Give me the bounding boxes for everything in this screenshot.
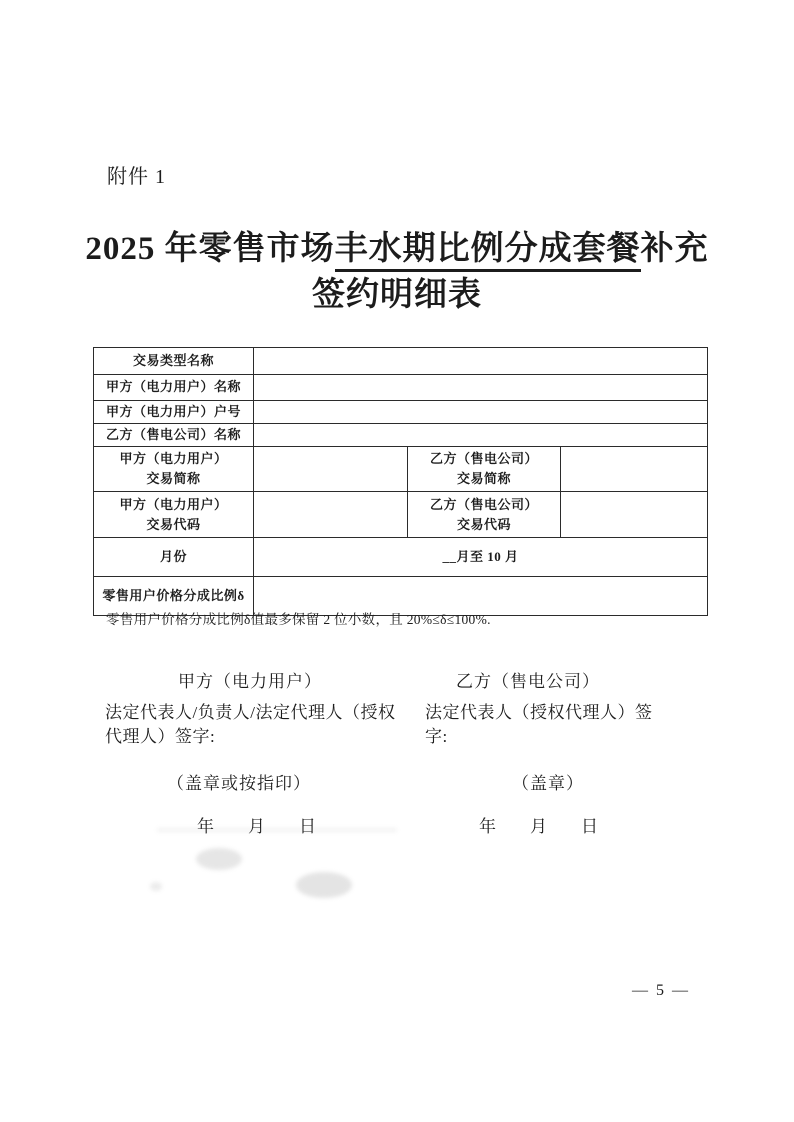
party-b-seal-note: （盖章） [512, 769, 584, 794]
cell-value-party-a-name [254, 375, 708, 401]
cell-label-party-b-code: 乙方（售电公司） 交易代码 [408, 492, 561, 538]
table-row-party-b-name: 乙方（售电公司）名称 [94, 424, 708, 447]
cell-value-party-b-name [254, 424, 708, 447]
title-line1-post: 补充 [641, 231, 709, 267]
table-row-trade-code: 甲方（电力用户） 交易代码 乙方（售电公司） 交易代码 [94, 492, 708, 538]
cell-value-month: __月至 10 月 [254, 538, 708, 577]
scan-artifact [157, 828, 397, 832]
contract-detail-table: 交易类型名称 甲方（电力用户）名称 甲方（电力用户）户号 乙方（售电公司）名称 [93, 347, 709, 616]
party-a-abbr-line2: 交易简称 [97, 469, 250, 489]
party-b-abbr-line2: 交易简称 [411, 469, 557, 489]
party-a-header: 甲方（电力用户） [178, 667, 322, 692]
party-b-code-line2: 交易代码 [411, 515, 557, 535]
party-b-code-line1: 乙方（售电公司） [411, 495, 557, 515]
party-b-date-line: 年 月 日 [479, 812, 598, 837]
cell-label-party-a-name: 甲方（电力用户）名称 [94, 375, 254, 401]
cell-value-party-b-abbr [561, 447, 708, 492]
document-title: 2025 年零售市场丰水期比例分成套餐补充 签约明细表 [0, 226, 794, 318]
scan-artifact [296, 872, 352, 898]
cell-value-party-a-abbr [254, 447, 408, 492]
cell-value-transaction-type [254, 348, 708, 375]
party-a-date-line: 年 月 日 [197, 812, 316, 837]
party-b-header: 乙方（售电公司） [456, 667, 600, 692]
table-row-party-a-account: 甲方（电力用户）户号 [94, 401, 708, 424]
cell-label-party-a-abbr: 甲方（电力用户） 交易简称 [94, 447, 254, 492]
party-a-seal-note: （盖章或按指印） [167, 769, 311, 794]
table-footnote: 零售用户价格分成比例δ值最多保留 2 位小数，且 20%≤δ≤100%. [106, 608, 706, 628]
party-b-abbr-line1: 乙方（售电公司） [411, 449, 557, 469]
table-row-party-a-name: 甲方（电力用户）名称 [94, 375, 708, 401]
cell-label-party-b-name: 乙方（售电公司）名称 [94, 424, 254, 447]
cell-label-party-b-abbr: 乙方（售电公司） 交易简称 [408, 447, 561, 492]
cell-label-party-a-code: 甲方（电力用户） 交易代码 [94, 492, 254, 538]
title-underlined-phrase: 丰水期比例分成套餐 [335, 231, 641, 272]
party-a-abbr-line1: 甲方（电力用户） [97, 449, 250, 469]
attachment-label: 附件 1 [107, 160, 166, 189]
party-a-code-line2: 交易代码 [97, 515, 250, 535]
scan-artifact [196, 848, 242, 870]
title-line1-pre: 2025 年零售市场 [85, 231, 334, 267]
scan-artifact [150, 882, 162, 891]
cell-label-transaction-type: 交易类型名称 [94, 348, 254, 375]
title-line-2: 签约明细表 [0, 272, 794, 318]
table-row-trade-abbreviation: 甲方（电力用户） 交易简称 乙方（售电公司） 交易简称 [94, 447, 708, 492]
cell-label-month: 月份 [94, 538, 254, 577]
cell-value-party-a-code [254, 492, 408, 538]
party-a-code-line1: 甲方（电力用户） [97, 495, 250, 515]
page-number: — 5 — [632, 982, 690, 1000]
party-b-signer-line: 法定代表人（授权代理人）签字: [425, 701, 653, 749]
title-line-1: 2025 年零售市场丰水期比例分成套餐补充 [0, 226, 794, 272]
cell-label-party-a-account: 甲方（电力用户）户号 [94, 401, 254, 424]
document-page: 附件 1 2025 年零售市场丰水期比例分成套餐补充 签约明细表 交易类型名称 … [0, 0, 794, 1122]
cell-value-party-b-code [561, 492, 708, 538]
table-row-transaction-type: 交易类型名称 [94, 348, 708, 375]
table-row-month: 月份 __月至 10 月 [94, 538, 708, 577]
cell-value-party-a-account [254, 401, 708, 424]
party-a-signer-line: 法定代表人/负责人/法定代理人（授权代理人）签字: [105, 701, 407, 749]
